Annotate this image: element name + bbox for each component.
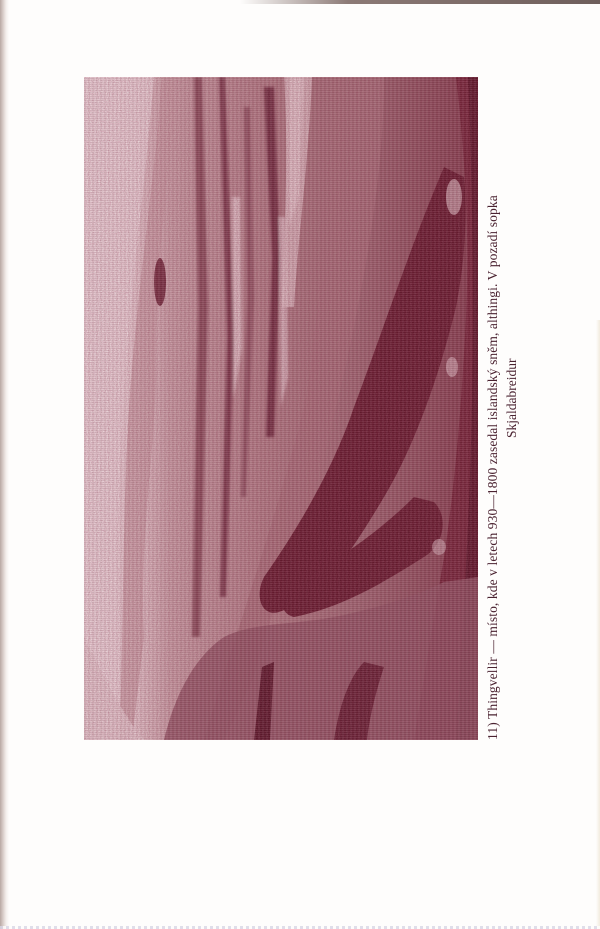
right-page-edge <box>596 320 600 929</box>
plate-caption: 11) Thingvellir — místo, kde v letech 93… <box>483 100 503 740</box>
thingvellir-photo <box>84 77 478 740</box>
top-page-edge <box>240 0 600 4</box>
plate-number: 11) <box>485 722 500 740</box>
binding-edge <box>0 0 9 929</box>
caption-line-1: 11) Thingvellir — místo, kde v letech 93… <box>485 195 500 740</box>
caption-text: Thingvellir — místo, kde v letech 930—18… <box>485 195 500 719</box>
caption-line-2: Skjaldabreidur <box>502 359 522 438</box>
book-page: 11) Thingvellir — místo, kde v letech 93… <box>0 0 600 929</box>
